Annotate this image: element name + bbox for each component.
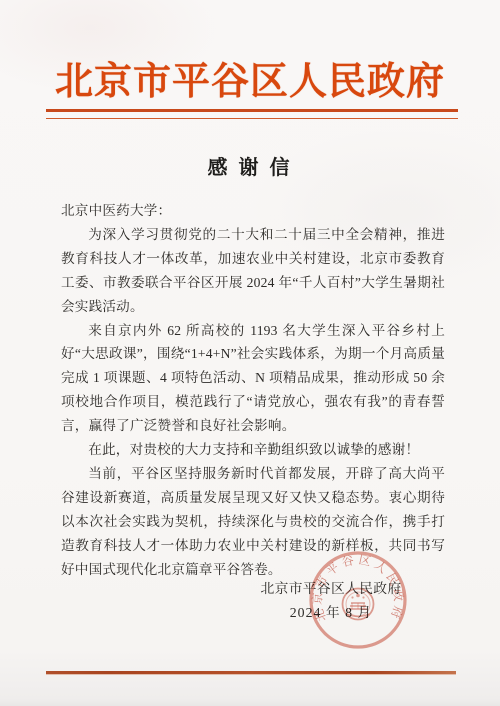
salutation: 北京中医药大学：: [61, 199, 445, 223]
footer-rule: [46, 671, 456, 674]
paragraph-2: 来自京内外 62 所高校的 1193 名大学生深入平谷乡村上好“大思政课”，围绕…: [61, 319, 445, 439]
paragraph-1: 为深入学习贯彻党的二十大和二十届三中全会精神，推进教育科技人才一体改革，加速农业…: [61, 223, 445, 319]
signature-organization: 北京市平谷区人民政府: [250, 577, 412, 601]
letter-title: 感 谢 信: [0, 151, 500, 180]
paragraph-4: 当前，平谷区坚持服务新时代首都发展，开辟了高大尚平谷建设新赛道，高质量发展呈现又…: [61, 462, 445, 582]
letterhead-title: 北京市平谷区人民政府: [0, 50, 500, 105]
signature-block: 北京市平谷区人民政府 2024 年 8 月: [250, 577, 412, 625]
paragraph-3: 在此，对贵校的大力支持和辛勤组织致以诚挚的感谢！: [61, 438, 445, 462]
letter-body: 北京中医药大学： 为深入学习贯彻党的二十大和二十届三中全会精神，推进教育科技人才…: [61, 199, 445, 582]
signature-date: 2024 年 8 月: [250, 601, 412, 625]
letterhead-double-rule: [46, 109, 458, 119]
letter-page: 北京市平谷区人民政府 感 谢 信 北京中医药大学： 为深入学习贯彻党的二十大和二…: [0, 0, 500, 706]
